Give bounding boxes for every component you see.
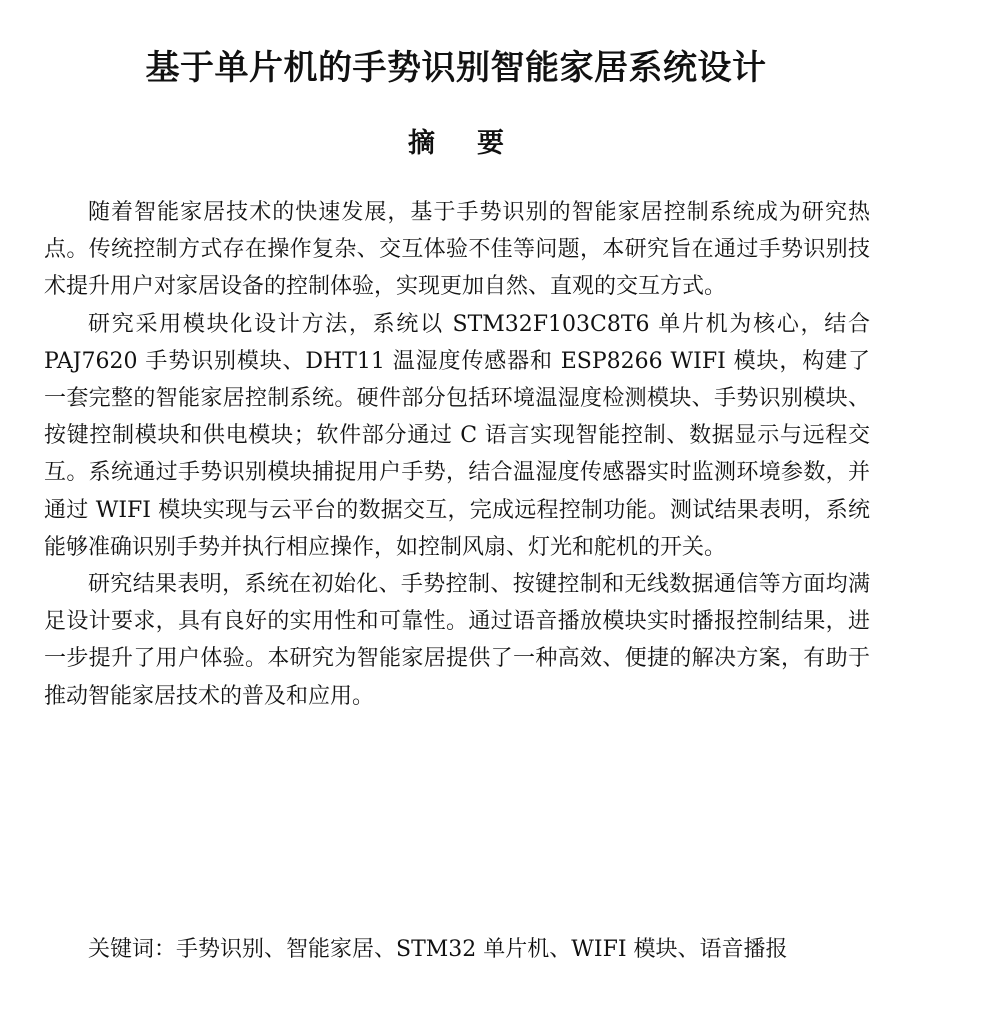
abstract-heading-char-2: 要 — [477, 124, 504, 164]
abstract-paragraph-3: 研究结果表明，系统在初始化、手势控制、按键控制和无线数据通信等方面均满足设计要求… — [44, 566, 870, 715]
abstract-heading: 摘要 — [0, 124, 912, 164]
abstract-paragraph-2: 研究采用模块化设计方法，系统以 STM32F103C8T6 单片机为核心，结合 … — [44, 306, 870, 566]
abstract-body: 随着智能家居技术的快速发展，基于手势识别的智能家居控制系统成为研究热点。传统控制… — [44, 194, 870, 715]
keywords-label: 关键词： — [88, 937, 176, 962]
keywords-list: 手势识别、智能家居、STM32 单片机、WIFI 模块、语音播报 — [176, 937, 788, 962]
abstract-paragraph-1: 随着智能家居技术的快速发展，基于手势识别的智能家居控制系统成为研究热点。传统控制… — [44, 194, 870, 306]
keywords-line: 关键词：手势识别、智能家居、STM32 单片机、WIFI 模块、语音播报 — [44, 930, 870, 970]
abstract-heading-char-1: 摘 — [408, 124, 435, 164]
document-title: 基于单片机的手势识别智能家居系统设计 — [0, 44, 912, 92]
document-page: 基于单片机的手势识别智能家居系统设计 摘要 随着智能家居技术的快速发展，基于手势… — [0, 0, 984, 1024]
